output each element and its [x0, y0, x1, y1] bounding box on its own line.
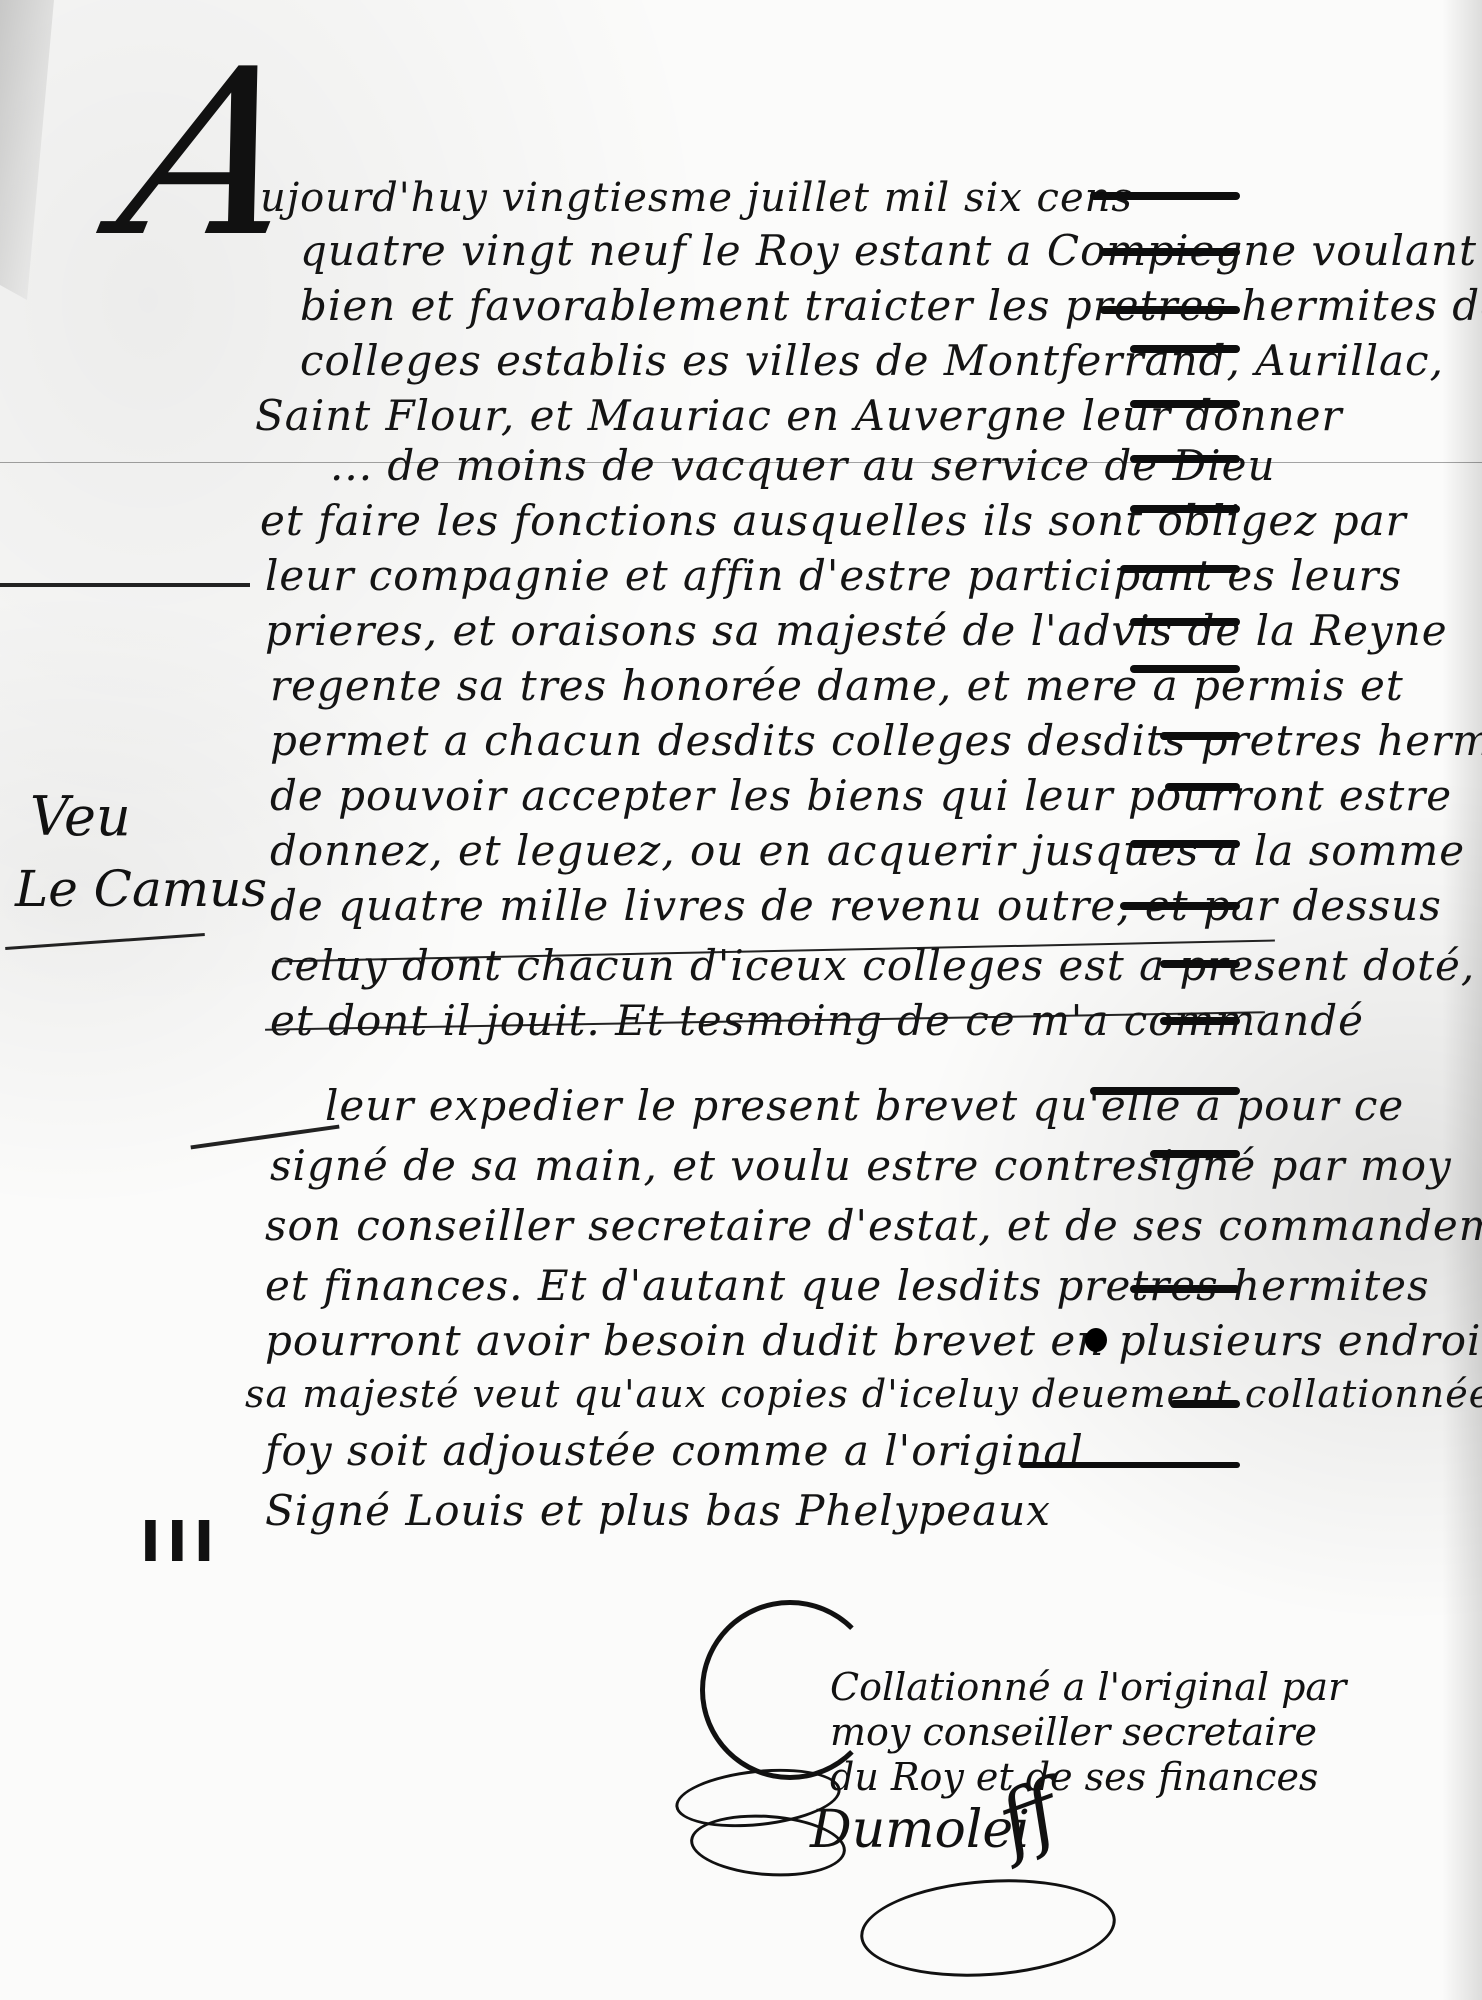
line-filler-stroke: [1020, 1462, 1240, 1468]
margin-note-veu: Veu: [30, 785, 131, 848]
line-filler-stroke: [1100, 306, 1240, 314]
line-filler-stroke: [1090, 192, 1240, 200]
body-line: donnez, et leguez, ou en acquerir jusque…: [270, 830, 1465, 872]
attestation-line: moy conseiller secretaire: [830, 1710, 1317, 1754]
tally-marks: III: [140, 1510, 221, 1575]
body-line: son conseiller secretaire d'estat, et de…: [265, 1205, 1482, 1247]
body-line: permet a chacun desdits colleges desdits…: [270, 720, 1482, 762]
line-filler-stroke: [1130, 345, 1240, 353]
line-filler-stroke: [1130, 1285, 1240, 1293]
line-filler-stroke: [1130, 400, 1240, 408]
body-line: colleges establis es villes de Montferra…: [300, 340, 1444, 382]
line-filler-stroke: [1130, 665, 1240, 673]
body-line: leur expedier le present brevet qu'elle …: [325, 1085, 1404, 1127]
margin-flourish: [0, 583, 250, 587]
line-filler-stroke: [1130, 618, 1240, 626]
body-line: signé de sa main, et voulu estre contres…: [270, 1145, 1452, 1187]
line-filler-stroke: [1130, 455, 1240, 463]
line-filler-stroke: [1150, 1150, 1240, 1158]
decorated-initial: A: [106, 40, 321, 270]
paraph-flourish: [857, 1871, 1119, 1985]
line-filler-stroke: [1160, 1017, 1240, 1025]
line-filler-stroke: [1130, 505, 1240, 513]
line-filler-stroke: [1090, 1087, 1240, 1095]
body-line: sa majesté veut qu'aux copies d'iceluy d…: [245, 1375, 1482, 1413]
line-filler-stroke: [1100, 248, 1240, 256]
line-filler-stroke: [1160, 960, 1240, 968]
body-line: quatre vingt neuf le Roy estant a Compie…: [300, 230, 1477, 272]
attestation-line: du Roy et de ses finances: [830, 1755, 1318, 1799]
attestation-line: Collationné a l'original par: [830, 1665, 1346, 1709]
body-line: de pouvoir accepter les biens qui leur p…: [270, 775, 1452, 817]
margin-flourish: [5, 933, 205, 950]
line-filler-stroke: [1160, 732, 1240, 740]
body-line: et finances. Et d'autant que lesdits pre…: [265, 1265, 1430, 1307]
line-filler-stroke: [1120, 565, 1240, 573]
body-line: bien et favorablement traicter les pretr…: [300, 285, 1482, 327]
line-filler-stroke: [1165, 783, 1240, 791]
body-line: prieres, et oraisons sa majesté de l'adv…: [265, 610, 1448, 652]
line-filler-stroke: [1130, 840, 1240, 848]
line-filler-stroke: [1170, 1400, 1240, 1408]
line-filler-stroke: [1120, 902, 1240, 910]
body-line: celuy dont chacun d'iceux colleges est a…: [270, 945, 1475, 987]
paper-fold-shadow: [0, 0, 60, 300]
margin-note-signature: Le Camus: [15, 860, 267, 918]
body-line: leur compagnie et affin d'estre particip…: [265, 555, 1402, 597]
body-line: de quatre mille livres de revenu outre, …: [270, 885, 1442, 927]
body-line: Signé Louis et plus bas Phelypeaux: [265, 1490, 1051, 1532]
body-line: ... de moins de vacquer au service de Di…: [330, 445, 1276, 487]
body-line: foy soit adjoustée comme a l'original: [265, 1430, 1084, 1472]
manuscript-page: A ujourd'huy vingtiesme juillet mil six …: [0, 0, 1482, 2000]
body-line: pourront avoir besoin dudit brevet en pl…: [265, 1320, 1482, 1362]
ink-blot: [1085, 1328, 1107, 1352]
body-line: ujourd'huy vingtiesme juillet mil six ce…: [260, 178, 1133, 218]
